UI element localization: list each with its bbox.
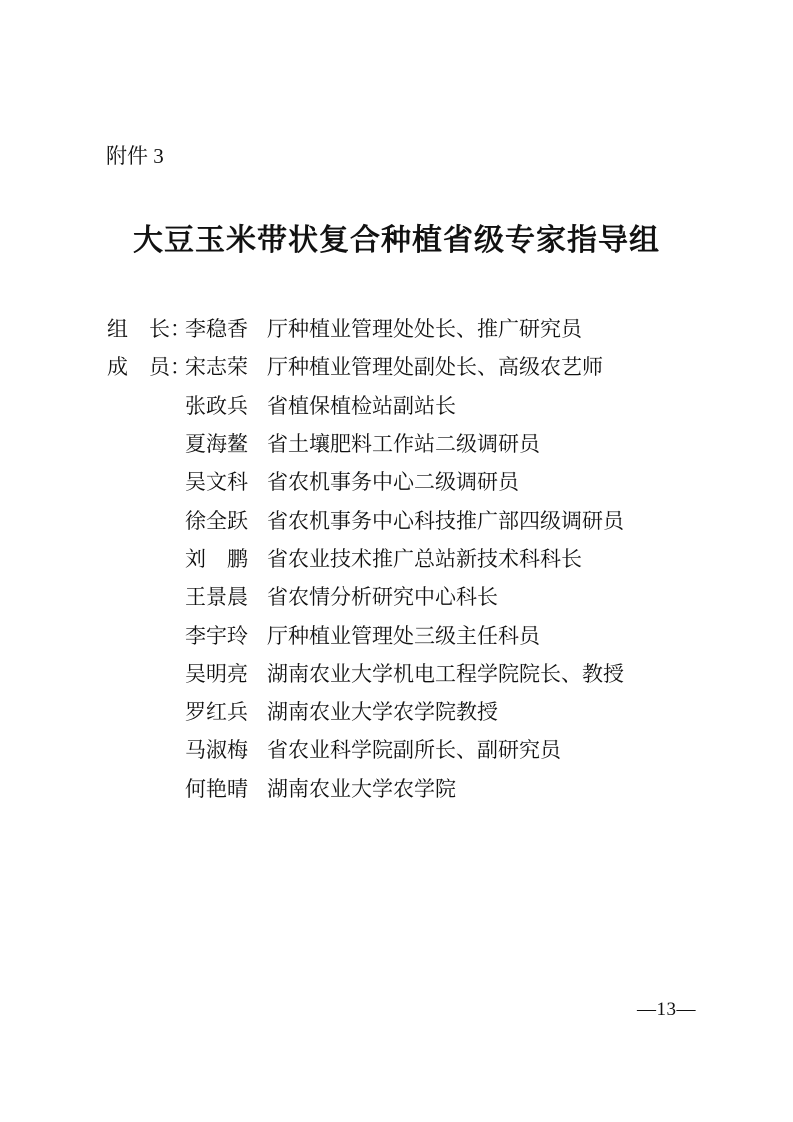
member-name: 宋志荣 <box>185 351 267 381</box>
member-row: 夏海鳌 省土壤肥料工作站二级调研员 <box>107 424 624 462</box>
member-name: 王景晨 <box>185 581 267 611</box>
member-row: 吴明亮 湖南农业大学机电工程学院院长、教授 <box>107 654 624 692</box>
member-row: 组 长： 李稳香 厅种植业管理处处长、推广研究员 <box>107 309 624 347</box>
member-row: 王景晨 省农情分析研究中心科长 <box>107 577 624 615</box>
member-name: 何艳晴 <box>185 773 267 803</box>
member-position: 省农业科学院副所长、副研究员 <box>267 734 624 764</box>
member-role-label: 组 长： <box>107 313 185 343</box>
member-row: 张政兵 省植保植检站副站长 <box>107 386 624 424</box>
member-position: 省农机事务中心二级调研员 <box>267 466 624 496</box>
member-position: 省农业技术推广总站新技术科科长 <box>267 543 624 573</box>
member-name: 李宇玲 <box>185 620 267 650</box>
member-position: 厅种植业管理处处长、推广研究员 <box>267 313 624 343</box>
member-row: 马淑梅 省农业科学院副所长、副研究员 <box>107 730 624 768</box>
member-position: 湖南农业大学农学院 <box>267 773 624 803</box>
member-name: 刘 鹏 <box>185 543 267 573</box>
member-row: 罗红兵 湖南农业大学农学院教授 <box>107 692 624 730</box>
member-row: 刘 鹏 省农业技术推广总站新技术科科长 <box>107 539 624 577</box>
member-position: 厅种植业管理处三级主任科员 <box>267 620 624 650</box>
member-row: 何艳晴 湖南农业大学农学院 <box>107 769 624 807</box>
member-row: 徐全跃 省农机事务中心科技推广部四级调研员 <box>107 500 624 538</box>
member-name: 马淑梅 <box>185 734 267 764</box>
member-role-label: 成 员： <box>107 351 185 381</box>
member-position: 省农情分析研究中心科长 <box>267 581 624 611</box>
member-row: 李宇玲 厅种植业管理处三级主任科员 <box>107 615 624 653</box>
member-list: 组 长： 李稳香 厅种植业管理处处长、推广研究员 成 员： 宋志荣 厅种植业管理… <box>107 309 624 807</box>
member-name: 徐全跃 <box>185 505 267 535</box>
member-row: 成 员： 宋志荣 厅种植业管理处副处长、高级农艺师 <box>107 347 624 385</box>
member-name: 吴文科 <box>185 466 267 496</box>
member-name: 张政兵 <box>185 390 267 420</box>
document-page: 附件 3 大豆玉米带状复合种植省级专家指导组 组 长： 李稳香 厅种植业管理处处… <box>0 0 793 1122</box>
member-name: 吴明亮 <box>185 658 267 688</box>
member-position: 湖南农业大学机电工程学院院长、教授 <box>267 658 624 688</box>
member-position: 省农机事务中心科技推广部四级调研员 <box>267 505 624 535</box>
member-position: 省土壤肥料工作站二级调研员 <box>267 428 624 458</box>
member-position: 省植保植检站副站长 <box>267 390 624 420</box>
member-position: 湖南农业大学农学院教授 <box>267 696 624 726</box>
member-name: 夏海鳌 <box>185 428 267 458</box>
page-number: —13— <box>637 999 696 1021</box>
member-position: 厅种植业管理处副处长、高级农艺师 <box>267 351 624 381</box>
attachment-label: 附件 3 <box>106 143 164 169</box>
member-row: 吴文科 省农机事务中心二级调研员 <box>107 462 624 500</box>
member-name: 李稳香 <box>185 313 267 343</box>
document-title: 大豆玉米带状复合种植省级专家指导组 <box>0 221 793 261</box>
member-name: 罗红兵 <box>185 696 267 726</box>
